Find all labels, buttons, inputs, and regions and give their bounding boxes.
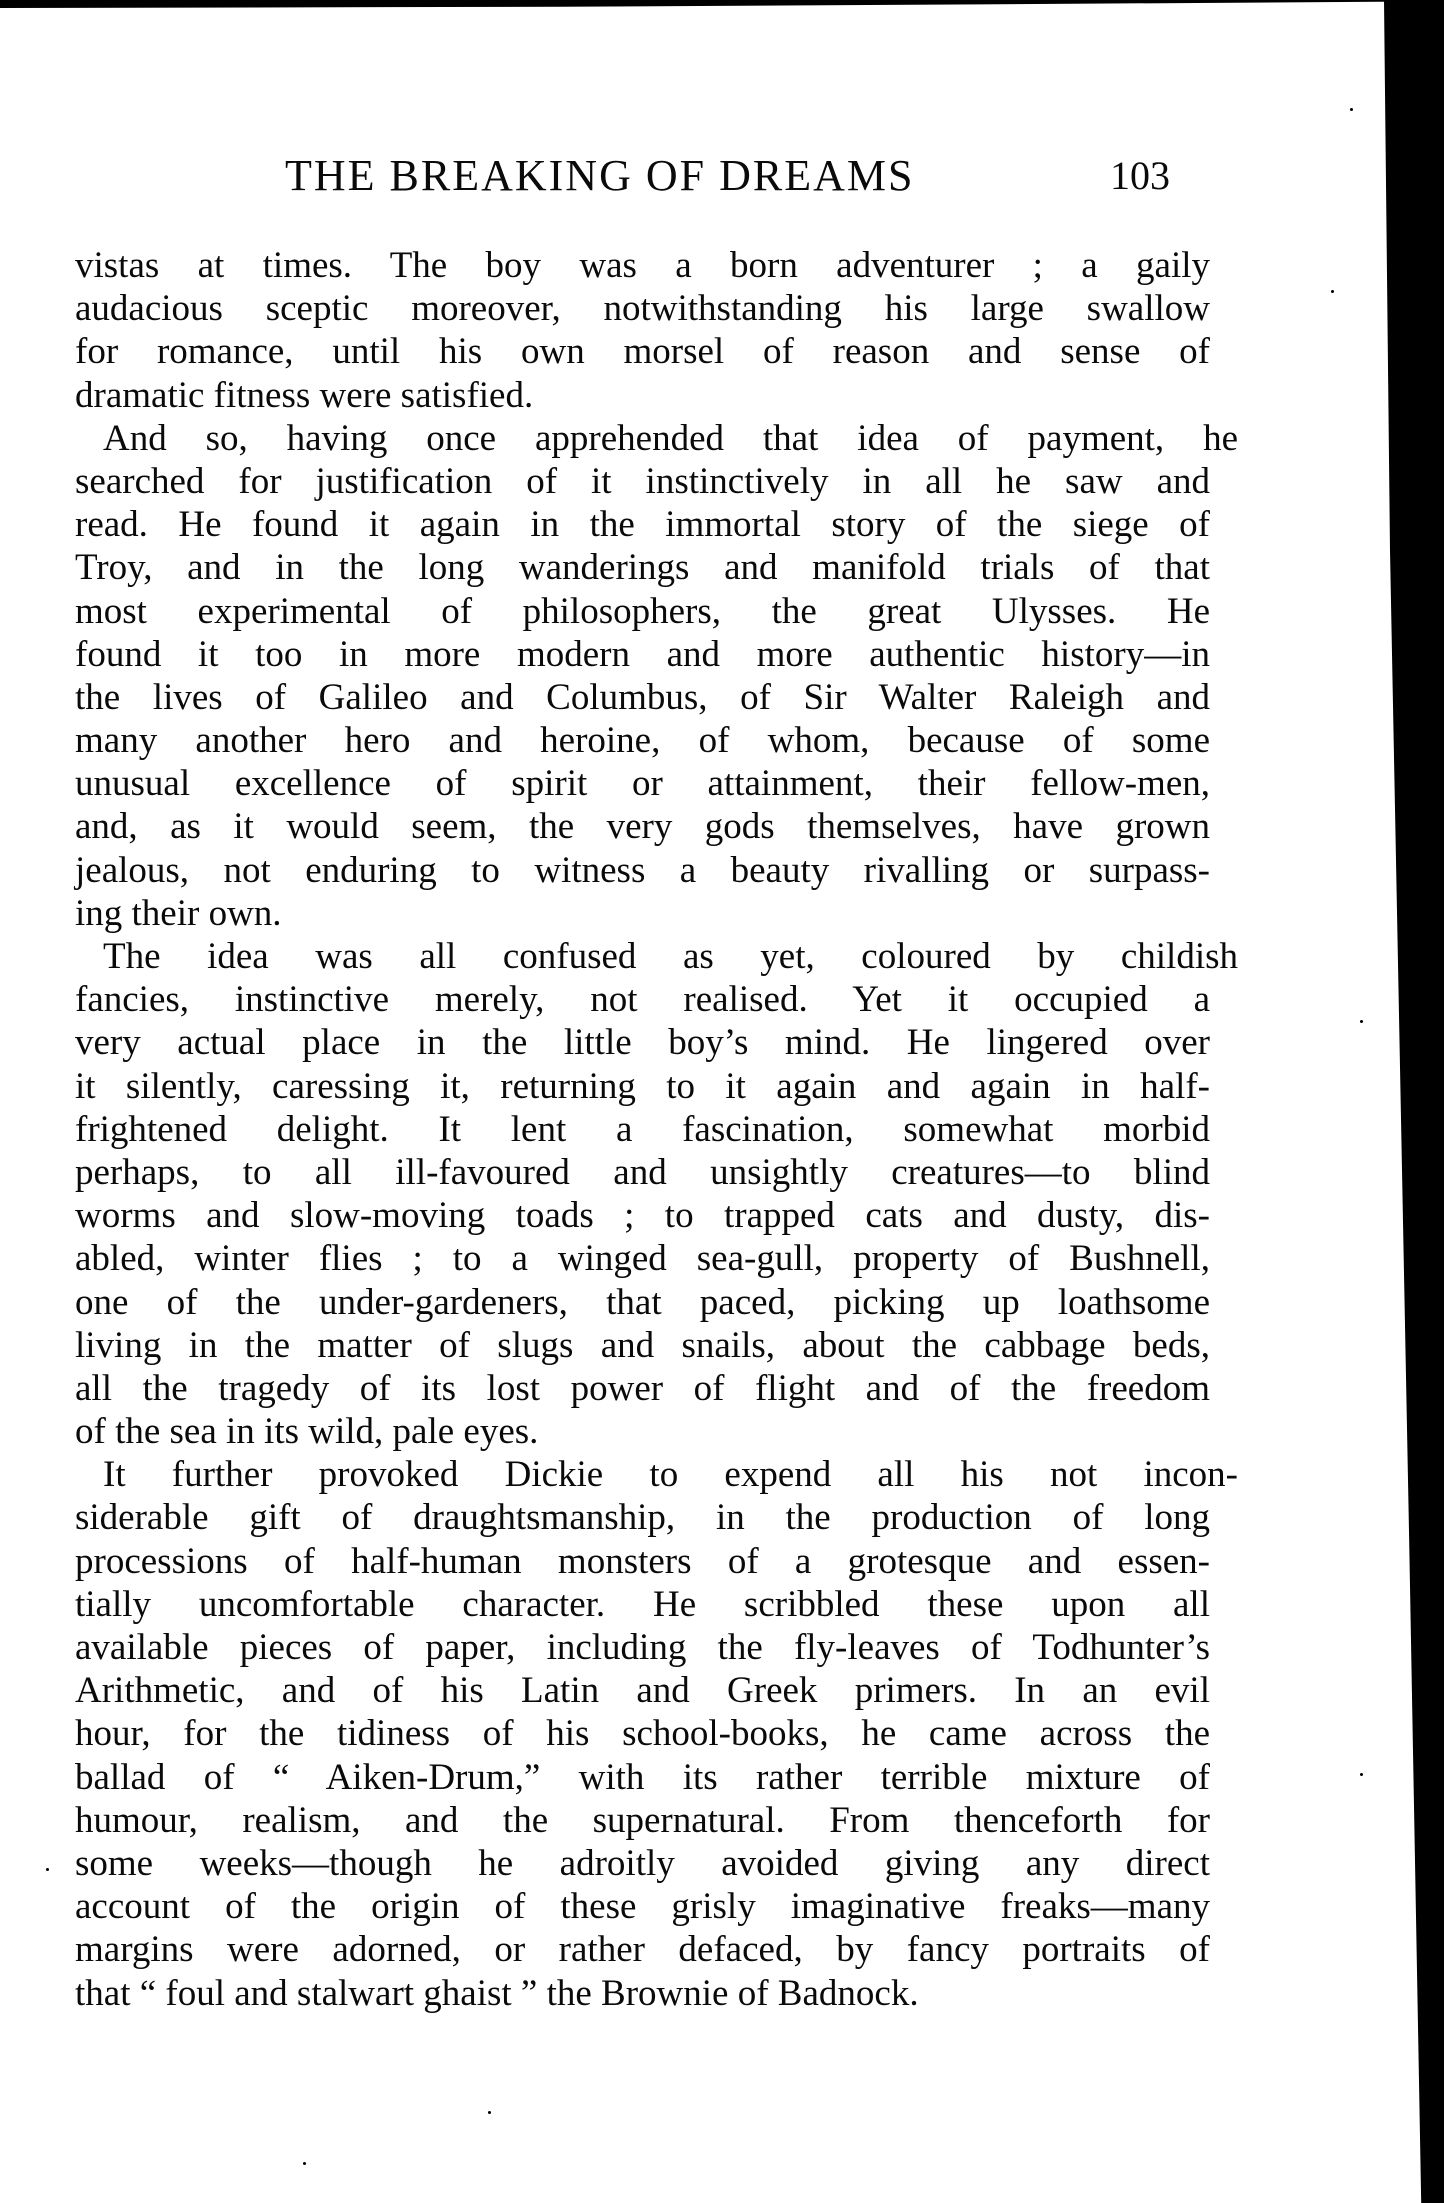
text-line: The idea was all confused as yet, colour… (75, 935, 1238, 978)
text-line: and, as it would seem, the very gods the… (75, 805, 1210, 848)
text-line: that “ foul and stalwart ghaist ” the Br… (75, 1972, 1210, 2015)
text-line: available pieces of paper, including the… (75, 1626, 1210, 1669)
text-line: for romance, until his own morsel of rea… (75, 330, 1210, 373)
text-line: dramatic fitness were satisfied. (75, 374, 1210, 417)
text-line: the lives of Galileo and Columbus, of Si… (75, 676, 1210, 719)
text-line: jealous, not enduring to witness a beaut… (75, 849, 1210, 892)
running-title: THE BREAKING OF DREAMS (285, 150, 914, 202)
text-line: very actual place in the little boy’s mi… (75, 1021, 1210, 1064)
paragraph: vistas at times. The boy was a born adve… (75, 244, 1210, 417)
running-header: THE BREAKING OF DREAMS 103 (285, 150, 1200, 202)
text-line: audacious sceptic moreover, notwithstand… (75, 287, 1210, 330)
scan-border-top (0, 0, 1400, 8)
text-line: humour, realism, and the supernatural. F… (75, 1799, 1210, 1842)
text-line: worms and slow-moving toads ; to trapped… (75, 1194, 1210, 1237)
scan-speck (1350, 108, 1353, 111)
scan-speck (1360, 1020, 1363, 1023)
text-line: some weeks—though he adroitly avoided gi… (75, 1842, 1210, 1885)
scan-speck (1331, 290, 1334, 293)
text-line: all the tragedy of its lost power of fli… (75, 1367, 1210, 1410)
scan-speck (303, 2162, 306, 2165)
text-line: searched for justification of it instinc… (75, 460, 1210, 503)
text-line: fancies, instinctive merely, not realise… (75, 978, 1210, 1021)
text-line: And so, having once apprehended that ide… (75, 417, 1238, 460)
text-line: ing their own. (75, 892, 1210, 935)
text-line: unusual excellence of spirit or attainme… (75, 762, 1210, 805)
scan-speck (1360, 1773, 1363, 1776)
text-line: hour, for the tidiness of his school-boo… (75, 1712, 1210, 1755)
text-line: living in the matter of slugs and snails… (75, 1324, 1210, 1367)
page-body: vistas at times. The boy was a born adve… (75, 244, 1210, 2015)
paragraph: And so, having once apprehended that ide… (75, 417, 1210, 935)
scan-speck (488, 2111, 491, 2114)
text-line: siderable gift of draughtsmanship, in th… (75, 1496, 1210, 1539)
text-line: of the sea in its wild, pale eyes. (75, 1410, 1210, 1453)
text-line: one of the under-gardeners, that paced, … (75, 1281, 1210, 1324)
text-line: perhaps, to all ill-favoured and unsight… (75, 1151, 1210, 1194)
scan-border-right (1384, 0, 1444, 2203)
text-line: it silently, caressing it, returning to … (75, 1065, 1210, 1108)
text-line: margins were adorned, or rather defaced,… (75, 1928, 1210, 1971)
text-line: most experimental of philosophers, the g… (75, 590, 1210, 633)
paragraph: It further provoked Dickie to expend all… (75, 1453, 1210, 2014)
page-number: 103 (1110, 150, 1170, 202)
text-line: Troy, and in the long wanderings and man… (75, 546, 1210, 589)
text-line: read. He found it again in the immortal … (75, 503, 1210, 546)
text-line: tially uncomfortable character. He scrib… (75, 1583, 1210, 1626)
paragraph: The idea was all confused as yet, colour… (75, 935, 1210, 1453)
text-line: Arithmetic, and of his Latin and Greek p… (75, 1669, 1210, 1712)
text-line: many another hero and heroine, of whom, … (75, 719, 1210, 762)
text-line: frightened delight. It lent a fascinatio… (75, 1108, 1210, 1151)
text-line: It further provoked Dickie to expend all… (75, 1453, 1238, 1496)
text-line: vistas at times. The boy was a born adve… (75, 244, 1210, 287)
text-line: processions of half-human monsters of a … (75, 1540, 1210, 1583)
text-line: found it too in more modern and more aut… (75, 633, 1210, 676)
text-line: ballad of “ Aiken-Drum,” with its rather… (75, 1756, 1210, 1799)
text-line: abled, winter flies ; to a winged sea-gu… (75, 1237, 1210, 1280)
text-line: account of the origin of these grisly im… (75, 1885, 1210, 1928)
scan-speck (46, 1868, 49, 1871)
